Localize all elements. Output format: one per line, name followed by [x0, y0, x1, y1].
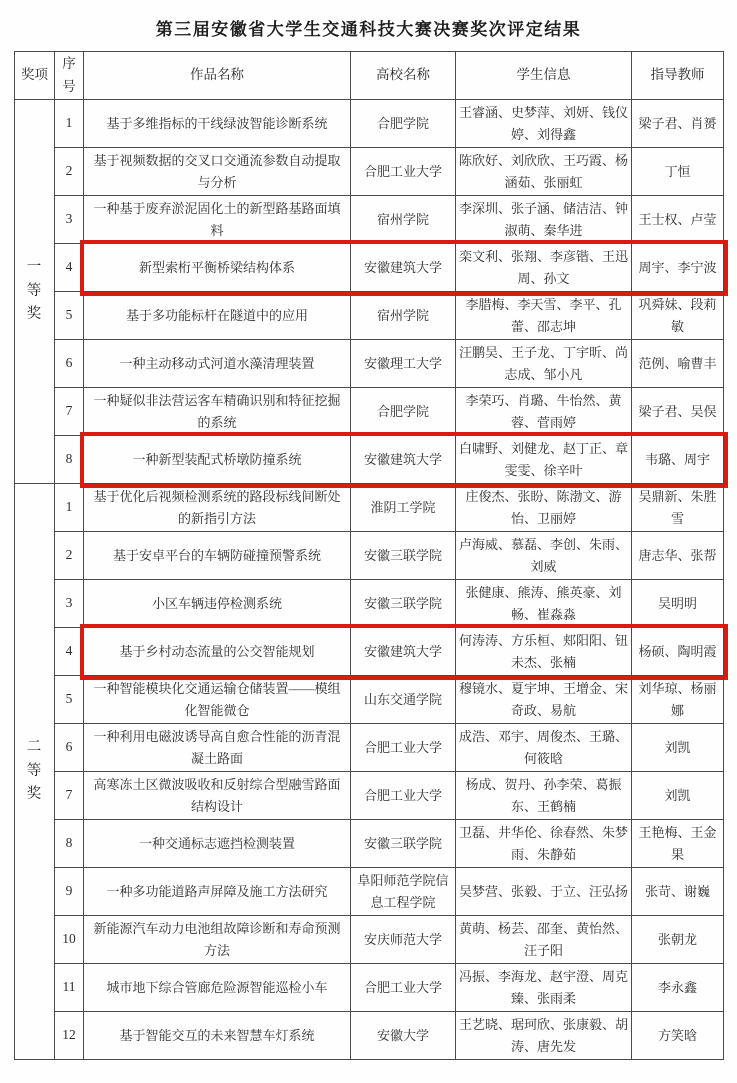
- advisors-cell: 唐志华、张帮: [632, 532, 724, 580]
- university-cell: 安徽三联学院: [351, 532, 456, 580]
- table-row: 8一种交通标志遮挡检测装置安徽三联学院卫磊、井华伦、徐春然、朱梦雨、朱静茹王艳梅…: [15, 820, 724, 868]
- table-row: 3小区车辆违停检测系统安徽三联学院张健康、熊涛、熊英豪、刘畅、崔淼淼吴明明: [15, 580, 724, 628]
- project-title-cell: 基于视频数据的交叉口交通流参数自动提取与分析: [84, 148, 351, 196]
- table-row: 4基于乡村动态流量的公交智能规划安徽建筑大学何涛涛、方乐桓、郏阳阳、钮未杰、张楠…: [15, 628, 724, 676]
- university-cell: 安徽大学: [351, 1012, 456, 1060]
- advisors-cell: 张朝龙: [632, 916, 724, 964]
- students-cell: 吴梦营、张毅、于立、汪弘扬: [456, 868, 632, 916]
- table-row: 5一种智能模块化交通运输仓储装置——模组化智能微仓山东交通学院穆镜水、夏宇坤、王…: [15, 676, 724, 724]
- project-title-cell: 一种多功能道路声屏障及施工方法研究: [84, 868, 351, 916]
- university-cell: 安徽三联学院: [351, 820, 456, 868]
- table-row: 7高寒冻土区微波吸收和反射综合型融雪路面结构设计合肥工业大学杨成、贺丹、孙李荣、…: [15, 772, 724, 820]
- row-number-cell: 1: [55, 100, 84, 148]
- advisors-cell: 王士权、卢莹: [632, 196, 724, 244]
- advisors-cell: 丁恒: [632, 148, 724, 196]
- project-title-cell: 高寒冻土区微波吸收和反射综合型融雪路面结构设计: [84, 772, 351, 820]
- table-row: 12基于智能交互的未来智慧车灯系统安徽大学王艺晓、琚珂欣、张康毅、胡涛、唐先发方…: [15, 1012, 724, 1060]
- advisors-cell: 刘凯: [632, 724, 724, 772]
- students-cell: 冯振、李海龙、赵宇澄、周克臻、张雨柔: [456, 964, 632, 1012]
- advisors-cell: 刘凯: [632, 772, 724, 820]
- table-row: 6一种主动移动式河道水藻清理装置安徽理工大学汪鹏吴、王子龙、丁宇昕、尚志成、邹小…: [15, 340, 724, 388]
- advisors-cell: 韦璐、周宇: [632, 436, 724, 484]
- students-cell: 李腊梅、李天雪、李平、孔蕾、邵志坤: [456, 292, 632, 340]
- project-title-cell: 基于优化后视频检测系统的路段标线间断处的新指引方法: [84, 484, 351, 532]
- col-header-number: 序号: [55, 52, 84, 100]
- project-title-cell: 一种利用电磁波诱导高自愈合性能的沥青混凝土路面: [84, 724, 351, 772]
- results-table: 奖项 序号 作品名称 高校名称 学生信息 指导教师 一 等 奖1基于多维指标的干…: [14, 51, 724, 1060]
- students-cell: 陈欣好、刘欣欣、王巧霞、杨涵茹、张丽虹: [456, 148, 632, 196]
- col-header-students: 学生信息: [456, 52, 632, 100]
- advisors-cell: 杨硕、陶明霞: [632, 628, 724, 676]
- advisors-cell: 吴明明: [632, 580, 724, 628]
- table-row: 2基于安卓平台的车辆防碰撞预警系统安徽三联学院卢海威、慕磊、李创、朱雨、刘威唐志…: [15, 532, 724, 580]
- project-title-cell: 一种智能模块化交通运输仓储装置——模组化智能微仓: [84, 676, 351, 724]
- row-number-cell: 10: [55, 916, 84, 964]
- table-row: 3一种基于废弃淤泥固化土的新型路基路面填料宿州学院李深圳、张子涵、储洁洁、钟淑萌…: [15, 196, 724, 244]
- university-cell: 安庆师范大学: [351, 916, 456, 964]
- project-title-cell: 一种交通标志遮挡检测装置: [84, 820, 351, 868]
- university-cell: 安徽三联学院: [351, 580, 456, 628]
- row-number-cell: 3: [55, 580, 84, 628]
- students-cell: 王艺晓、琚珂欣、张康毅、胡涛、唐先发: [456, 1012, 632, 1060]
- university-cell: 安徽建筑大学: [351, 628, 456, 676]
- advisors-cell: 梁子君、吴俣: [632, 388, 724, 436]
- project-title-cell: 小区车辆违停检测系统: [84, 580, 351, 628]
- students-cell: 穆镜水、夏宇坤、王增金、宋奇政、易航: [456, 676, 632, 724]
- students-cell: 何涛涛、方乐桓、郏阳阳、钮未杰、张楠: [456, 628, 632, 676]
- advisors-cell: 周宇、李宁波: [632, 244, 724, 292]
- row-number-cell: 4: [55, 244, 84, 292]
- university-cell: 合肥工业大学: [351, 724, 456, 772]
- university-cell: 安徽建筑大学: [351, 436, 456, 484]
- advisors-cell: 范例、喻曹丰: [632, 340, 724, 388]
- students-cell: 汪鹏吴、王子龙、丁宇昕、尚志成、邹小凡: [456, 340, 632, 388]
- row-number-cell: 11: [55, 964, 84, 1012]
- students-cell: 栾文利、张翔、李彦锴、王迅周、孙文: [456, 244, 632, 292]
- university-cell: 合肥学院: [351, 388, 456, 436]
- students-cell: 王睿涵、史梦萍、刘妍、钱仪婷、刘得鑫: [456, 100, 632, 148]
- university-cell: 安徽建筑大学: [351, 244, 456, 292]
- students-cell: 成浩、邓宇、周俊杰、王璐、何筱晗: [456, 724, 632, 772]
- table-row: 4新型索桁平衡桥梁结构体系安徽建筑大学栾文利、张翔、李彦锴、王迅周、孙文周宇、李…: [15, 244, 724, 292]
- advisors-cell: 李永鑫: [632, 964, 724, 1012]
- students-cell: 白啸野、刘健龙、赵丁正、章雯雯、徐辛叶: [456, 436, 632, 484]
- results-table-wrap: 奖项 序号 作品名称 高校名称 学生信息 指导教师 一 等 奖1基于多维指标的干…: [14, 51, 723, 1060]
- advisors-cell: 张苛、谢巍: [632, 868, 724, 916]
- advisors-cell: 王艳梅、王金果: [632, 820, 724, 868]
- advisors-cell: 梁子君、肖赟: [632, 100, 724, 148]
- table-row: 8一种新型装配式桥墩防撞系统安徽建筑大学白啸野、刘健龙、赵丁正、章雯雯、徐辛叶韦…: [15, 436, 724, 484]
- col-header-university: 高校名称: [351, 52, 456, 100]
- row-number-cell: 7: [55, 388, 84, 436]
- table-row: 9一种多功能道路声屏障及施工方法研究阜阳师范学院信息工程学院吴梦营、张毅、于立、…: [15, 868, 724, 916]
- table-row: 2基于视频数据的交叉口交通流参数自动提取与分析合肥工业大学陈欣好、刘欣欣、王巧霞…: [15, 148, 724, 196]
- row-number-cell: 3: [55, 196, 84, 244]
- award-cell: 一 等 奖: [15, 100, 55, 484]
- row-number-cell: 12: [55, 1012, 84, 1060]
- project-title-cell: 一种基于废弃淤泥固化土的新型路基路面填料: [84, 196, 351, 244]
- project-title-cell: 基于多功能标杆在隧道中的应用: [84, 292, 351, 340]
- row-number-cell: 5: [55, 292, 84, 340]
- university-cell: 淮阴工学院: [351, 484, 456, 532]
- students-cell: 黄萌、杨芸、邵奎、黄怡然、汪子阳: [456, 916, 632, 964]
- advisors-cell: 方笑晗: [632, 1012, 724, 1060]
- row-number-cell: 8: [55, 820, 84, 868]
- students-cell: 庄俊杰、张盼、陈渤文、游怡、卫丽婷: [456, 484, 632, 532]
- row-number-cell: 8: [55, 436, 84, 484]
- students-cell: 卢海威、慕磊、李创、朱雨、刘威: [456, 532, 632, 580]
- university-cell: 阜阳师范学院信息工程学院: [351, 868, 456, 916]
- university-cell: 合肥学院: [351, 100, 456, 148]
- row-number-cell: 7: [55, 772, 84, 820]
- project-title-cell: 基于多维指标的干线绿波智能诊断系统: [84, 100, 351, 148]
- table-row: 5基于多功能标杆在隧道中的应用宿州学院李腊梅、李天雪、李平、孔蕾、邵志坤巩舜妹、…: [15, 292, 724, 340]
- advisors-cell: 刘华琼、杨丽娜: [632, 676, 724, 724]
- table-row: 6一种利用电磁波诱导高自愈合性能的沥青混凝土路面合肥工业大学成浩、邓宇、周俊杰、…: [15, 724, 724, 772]
- row-number-cell: 6: [55, 340, 84, 388]
- university-cell: 宿州学院: [351, 196, 456, 244]
- award-cell: 二 等 奖: [15, 484, 55, 1060]
- col-header-advisors: 指导教师: [632, 52, 724, 100]
- university-cell: 山东交通学院: [351, 676, 456, 724]
- project-title-cell: 新型索桁平衡桥梁结构体系: [84, 244, 351, 292]
- advisors-cell: 吴鼎新、朱胜雪: [632, 484, 724, 532]
- table-row: 10新能源汽车动力电池组故障诊断和寿命预测方法安庆师范大学黄萌、杨芸、邵奎、黄怡…: [15, 916, 724, 964]
- table-row: 7一种疑似非法营运客车精确识别和特征挖掘的系统合肥学院李荣巧、肖璐、牛怡然、黄蓉…: [15, 388, 724, 436]
- project-title-cell: 一种疑似非法营运客车精确识别和特征挖掘的系统: [84, 388, 351, 436]
- col-header-award: 奖项: [15, 52, 55, 100]
- header-row: 奖项 序号 作品名称 高校名称 学生信息 指导教师: [15, 52, 724, 100]
- page-title: 第三届安徽省大学生交通科技大赛决赛奖次评定结果: [0, 15, 737, 40]
- row-number-cell: 6: [55, 724, 84, 772]
- project-title-cell: 新能源汽车动力电池组故障诊断和寿命预测方法: [84, 916, 351, 964]
- project-title-cell: 基于乡村动态流量的公交智能规划: [84, 628, 351, 676]
- row-number-cell: 2: [55, 532, 84, 580]
- students-cell: 李深圳、张子涵、储洁洁、钟淑萌、秦华进: [456, 196, 632, 244]
- project-title-cell: 一种新型装配式桥墩防撞系统: [84, 436, 351, 484]
- university-cell: 合肥工业大学: [351, 772, 456, 820]
- university-cell: 安徽理工大学: [351, 340, 456, 388]
- table-row: 11城市地下综合管廊危险源智能巡检小车合肥工业大学冯振、李海龙、赵宇澄、周克臻、…: [15, 964, 724, 1012]
- university-cell: 合肥工业大学: [351, 148, 456, 196]
- students-cell: 李荣巧、肖璐、牛怡然、黄蓉、菅雨婷: [456, 388, 632, 436]
- row-number-cell: 4: [55, 628, 84, 676]
- project-title-cell: 城市地下综合管廊危险源智能巡检小车: [84, 964, 351, 1012]
- row-number-cell: 5: [55, 676, 84, 724]
- students-cell: 张健康、熊涛、熊英豪、刘畅、崔淼淼: [456, 580, 632, 628]
- project-title-cell: 基于安卓平台的车辆防碰撞预警系统: [84, 532, 351, 580]
- col-header-title: 作品名称: [84, 52, 351, 100]
- project-title-cell: 基于智能交互的未来智慧车灯系统: [84, 1012, 351, 1060]
- project-title-cell: 一种主动移动式河道水藻清理装置: [84, 340, 351, 388]
- advisors-cell: 巩舜妹、段莉敏: [632, 292, 724, 340]
- table-row: 一 等 奖1基于多维指标的干线绿波智能诊断系统合肥学院王睿涵、史梦萍、刘妍、钱仪…: [15, 100, 724, 148]
- row-number-cell: 1: [55, 484, 84, 532]
- row-number-cell: 2: [55, 148, 84, 196]
- table-row: 二 等 奖1基于优化后视频检测系统的路段标线间断处的新指引方法淮阴工学院庄俊杰、…: [15, 484, 724, 532]
- university-cell: 合肥工业大学: [351, 964, 456, 1012]
- university-cell: 宿州学院: [351, 292, 456, 340]
- students-cell: 杨成、贺丹、孙李荣、葛振东、王鹤楠: [456, 772, 632, 820]
- students-cell: 卫磊、井华伦、徐春然、朱梦雨、朱静茹: [456, 820, 632, 868]
- row-number-cell: 9: [55, 868, 84, 916]
